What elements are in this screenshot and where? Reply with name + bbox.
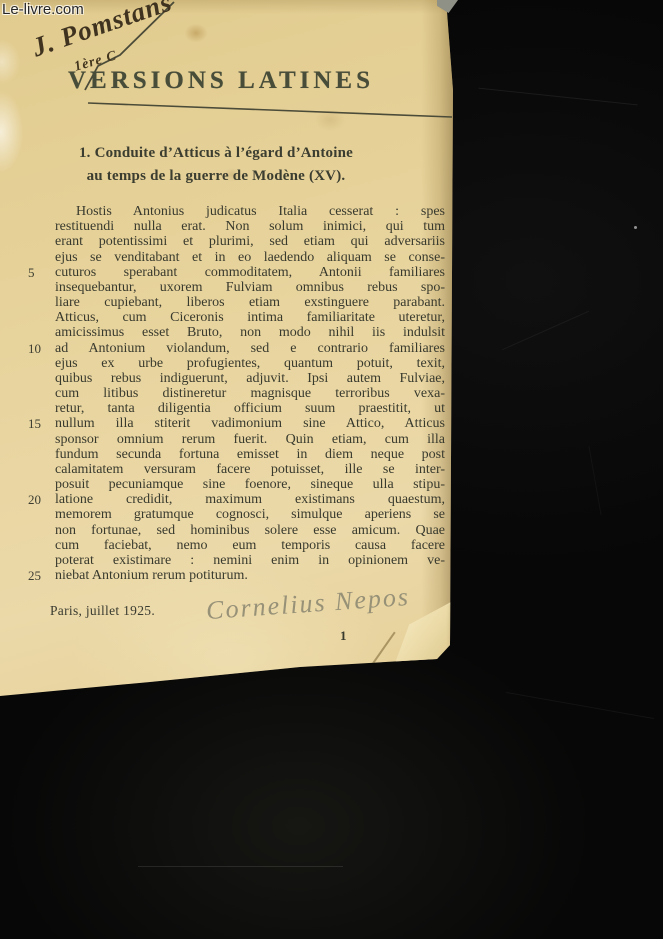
latin-text-block: Hostis Antonius judicatus Italia cessera…: [28, 204, 445, 583]
line-number: [28, 219, 55, 234]
text-line: cum litibus distineretur magnisque terro…: [28, 386, 445, 401]
line-number: [28, 447, 55, 462]
line-text: cum litibus distineretur magnisque terro…: [55, 386, 445, 401]
text-line: 25niebat Antonium rerum potiturum.: [28, 568, 445, 583]
line-text: Atticus, cum Ciceronis intima familiarit…: [55, 310, 445, 325]
line-number: [28, 507, 55, 522]
line-text: liare cupiebant, liberos etiam exstingue…: [55, 295, 445, 310]
scanner-scratch: [502, 311, 589, 351]
line-text: niebat Antonium rerum potiturum.: [55, 568, 445, 583]
watermark: Le-livre.com: [2, 1, 84, 18]
line-number: [28, 432, 55, 447]
exercise-heading: 1. Conduite d’Atticus à l’égard d’Antoin…: [30, 142, 402, 188]
line-number: 20: [28, 492, 55, 507]
book-page: J. Pomstans 1ère C VERSIONS LATINES 1. C…: [0, 0, 463, 700]
scanner-scratch: [506, 692, 654, 719]
text-line: ejus ex urbe profugientes, quantum potui…: [28, 356, 445, 371]
line-text: sponsor omnium rerum fuerit. Quin etiam,…: [55, 432, 445, 447]
line-text: ejus ex urbe profugientes, quantum potui…: [55, 356, 445, 371]
scanner-scratch: [138, 866, 343, 867]
line-number: [28, 386, 55, 401]
line-number: [28, 523, 55, 538]
dust-speck: [634, 226, 637, 229]
text-line: erant potentissimi et plurimi, sed etiam…: [28, 234, 445, 249]
line-number: [28, 477, 55, 492]
line-text: cum faciebat, nemo eum temporis causa fa…: [55, 538, 445, 553]
line-text: retur, tanta diligentia officium suum pr…: [55, 401, 445, 416]
text-line: non fortunae, sed hominibus solere esse …: [28, 523, 445, 538]
line-text: latione credidit, maximum existimans qua…: [55, 492, 445, 507]
text-line: sponsor omnium rerum fuerit. Quin etiam,…: [28, 432, 445, 447]
line-number: 10: [28, 341, 55, 356]
date-line: Paris, juillet 1925.: [50, 603, 155, 619]
line-text: amicissimus esset Bruto, non modo nihil …: [55, 325, 445, 340]
line-text: calamitatem versuram facere potuisset, i…: [55, 462, 445, 477]
text-line: 5cuturos sperabant commoditatem, Antonii…: [28, 265, 445, 280]
line-number: 25: [28, 568, 55, 583]
text-line: Hostis Antonius judicatus Italia cessera…: [28, 204, 445, 219]
scan-background: J. Pomstans 1ère C VERSIONS LATINES 1. C…: [0, 0, 663, 939]
line-text: Hostis Antonius judicatus Italia cessera…: [55, 204, 445, 219]
line-text: cuturos sperabant commoditatem, Antonii …: [55, 265, 445, 280]
line-number: [28, 234, 55, 249]
line-text: nullum illa stiterit vadimonium sine Att…: [55, 416, 445, 431]
text-line: 10ad Antonium violandum, sed e contrario…: [28, 341, 445, 356]
line-text: restituendi nulla erat. Non solum inimic…: [55, 219, 445, 234]
line-text: memorem gratumque cognosci, simulque ape…: [55, 507, 445, 522]
text-line: quibus rebus indiguerunt, adjuvit. Ipsi …: [28, 371, 445, 386]
scanner-scratch: [588, 446, 601, 515]
text-line: 20latione credidit, maximum existimans q…: [28, 492, 445, 507]
book-title: VERSIONS LATINES: [0, 67, 442, 95]
line-number: [28, 356, 55, 371]
text-line: restituendi nulla erat. Non solum inimic…: [28, 219, 445, 234]
line-text: non fortunae, sed hominibus solere esse …: [55, 523, 445, 538]
line-number: [28, 325, 55, 340]
line-number: [28, 401, 55, 416]
text-line: cum faciebat, nemo eum temporis causa fa…: [28, 538, 445, 553]
line-number: [28, 553, 55, 568]
text-line: calamitatem versuram facere potuisset, i…: [28, 462, 445, 477]
title-rule: [88, 103, 452, 117]
line-number: [28, 462, 55, 477]
text-line: ejus se venditabant et in eo laedendo al…: [28, 250, 445, 265]
line-text: ejus se venditabant et in eo laedendo al…: [55, 250, 445, 265]
text-line: memorem gratumque cognosci, simulque ape…: [28, 507, 445, 522]
exercise-heading-line2: au temps de la guerre de Modène (XV).: [30, 165, 402, 188]
text-line: poterat existimare : nemini enim in opin…: [28, 553, 445, 568]
line-text: poterat existimare : nemini enim in opin…: [55, 553, 445, 568]
text-line: Atticus, cum Ciceronis intima familiarit…: [28, 310, 445, 325]
line-text: insequebantur, uxorem Fulviam omnibus re…: [55, 280, 445, 295]
text-line: 15nullum illa stiterit vadimonium sine A…: [28, 416, 445, 431]
line-number: 5: [28, 265, 55, 280]
text-line: retur, tanta diligentia officium suum pr…: [28, 401, 445, 416]
line-text: ad Antonium violandum, sed e contrario f…: [55, 341, 445, 356]
scanner-scratch: [478, 88, 637, 106]
line-text: quibus rebus indiguerunt, adjuvit. Ipsi …: [55, 371, 445, 386]
line-number: [28, 371, 55, 386]
line-number: [28, 204, 55, 219]
text-line: liare cupiebant, liberos etiam exstingue…: [28, 295, 445, 310]
line-number: [28, 250, 55, 265]
line-text: erant potentissimi et plurimi, sed etiam…: [55, 234, 445, 249]
line-number: 15: [28, 416, 55, 431]
text-line: insequebantur, uxorem Fulviam omnibus re…: [28, 280, 445, 295]
line-text: posuit pecuniamque sine foenore, sineque…: [55, 477, 445, 492]
line-number: [28, 280, 55, 295]
line-text: fundum secunda fortuna emisset in diem n…: [55, 447, 445, 462]
text-line: posuit pecuniamque sine foenore, sineque…: [28, 477, 445, 492]
text-line: amicissimus esset Bruto, non modo nihil …: [28, 325, 445, 340]
line-number: [28, 310, 55, 325]
line-number: [28, 538, 55, 553]
page-number: 1: [340, 628, 347, 644]
exercise-heading-line1: 1. Conduite d’Atticus à l’égard d’Antoin…: [30, 142, 402, 165]
line-number: [28, 295, 55, 310]
text-line: fundum secunda fortuna emisset in diem n…: [28, 447, 445, 462]
